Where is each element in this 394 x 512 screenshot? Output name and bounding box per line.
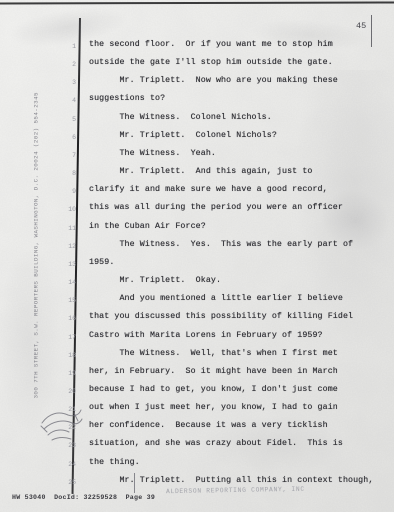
line-text: outside the gate I'll stop him outside t…	[89, 57, 333, 68]
line-text: Mr. Triplett. And this again, just to	[89, 166, 312, 177]
line-text: her confidence. Because it was a very ti…	[89, 420, 328, 431]
transcript-body: 1 the second floor. Or if you want me to…	[0, 39, 394, 493]
transcript-line: 15 And you mentioned a little earlier I …	[0, 293, 394, 311]
line-number: 15	[0, 293, 76, 304]
line-text: her, in February. So it might have been …	[89, 366, 338, 377]
transcript-line: 5 The Witness. Colonel Nichols.	[0, 112, 394, 130]
line-text: And you mentioned a little earlier I bel…	[89, 293, 343, 304]
page-number: 45	[356, 21, 366, 31]
reporting-company-footer: ALDERSON REPORTING COMPANY, INC	[166, 486, 305, 495]
line-text: The Witness. Colonel Nichols.	[89, 112, 272, 123]
line-text: that you discussed this possibility of k…	[89, 311, 353, 322]
line-text: the thing.	[89, 457, 140, 468]
line-text: Mr. Triplett. Okay.	[89, 275, 221, 286]
transcript-line: 6 Mr. Triplett. Colonel Nichols?	[0, 130, 394, 148]
line-text: suggestions to?	[89, 93, 165, 104]
transcript-line: 13 1959.	[0, 257, 394, 275]
line-text: Mr. Triplett. Colonel Nichols?	[89, 130, 277, 141]
transcript-line: 20 because I had to get, you know, I don…	[0, 384, 394, 402]
line-number: 5	[0, 112, 76, 123]
line-number: 16	[0, 311, 76, 322]
line-number: 1	[0, 39, 76, 50]
line-text: 1959.	[89, 257, 114, 268]
transcript-line: 12 The Witness. Yes. This was the early …	[0, 239, 394, 257]
line-text: Castro with Marita Lorens in February of…	[89, 330, 323, 341]
transcript-line: 1 the second floor. Or if you want me to…	[0, 39, 394, 57]
line-number: 12	[0, 239, 76, 250]
transcript-line: 8 Mr. Triplett. And this again, just to	[0, 166, 394, 184]
line-number: 11	[0, 221, 76, 232]
transcript-line: 17 Castro with Marita Lorens in February…	[0, 330, 394, 348]
transcript-line: 11 in the Cuban Air Force?	[0, 221, 394, 239]
line-number: 18	[0, 348, 76, 359]
transcript-line: 21 out when I just meet her, you know, I…	[0, 402, 394, 420]
transcript-line: 7 The Witness. Yeah.	[0, 148, 394, 166]
scanned-transcript-page: 45 300 7TH STREET, S.W. REPORTERS BUILDI…	[0, 0, 394, 512]
line-number: 25	[0, 475, 76, 486]
line-number: 24	[0, 457, 76, 468]
transcript-line: 2 outside the gate I'll stop him outside…	[0, 57, 394, 75]
line-number: 13	[0, 257, 76, 268]
line-text: situation, and she was crazy about Fidel…	[89, 438, 343, 449]
scan-top-edge-line	[0, 1, 394, 4]
archive-stamp: HW 53040 DocId: 32259528 Page 39	[12, 494, 155, 501]
line-number: 8	[0, 166, 76, 177]
line-number: 2	[0, 57, 76, 68]
transcript-line: 4 suggestions to?	[0, 93, 394, 111]
line-text: the second floor. Or if you want me to s…	[89, 39, 333, 50]
transcript-line: 16 that you discussed this possibility o…	[0, 311, 394, 329]
transcript-line: 14 Mr. Triplett. Okay.	[0, 275, 394, 293]
transcript-line: 19 her, in February. So it might have be…	[0, 366, 394, 384]
line-text: The Witness. Yes. This was the early par…	[89, 239, 353, 250]
line-number: 10	[0, 202, 76, 213]
line-number: 9	[0, 184, 76, 195]
transcript-line: 22 her confidence. Because it was a very…	[0, 420, 394, 438]
line-number: 3	[0, 75, 76, 86]
line-number: 14	[0, 275, 76, 286]
transcript-line: 9 clarify it and make sure we have a goo…	[0, 184, 394, 202]
line-text: Mr. Triplett. Now who are you making the…	[89, 75, 338, 86]
line-number: 17	[0, 330, 76, 341]
transcript-line: 10 this was all during the period you we…	[0, 202, 394, 220]
line-text: The Witness. Well, that's when I first m…	[89, 348, 338, 359]
transcript-line: 18 The Witness. Well, that's when I firs…	[0, 348, 394, 366]
line-number: 22	[0, 420, 76, 431]
line-text: this was all during the period you were …	[89, 202, 343, 213]
line-number: 6	[0, 130, 76, 141]
transcript-line: 24 the thing.	[0, 457, 394, 475]
line-text: out when I just meet her, you know, I ha…	[89, 402, 338, 413]
line-text: The Witness. Yeah.	[89, 148, 216, 159]
line-text: because I had to get, you know, I don't …	[89, 384, 338, 395]
transcript-line: 3 Mr. Triplett. Now who are you making t…	[0, 75, 394, 93]
line-number: 20	[0, 384, 76, 395]
line-text: clarify it and make sure we have a good …	[89, 184, 328, 195]
line-number: 21	[0, 402, 76, 413]
line-number: 23	[0, 438, 76, 449]
transcript-line: 23 situation, and she was crazy about Fi…	[0, 438, 394, 456]
line-number: 19	[0, 366, 76, 377]
line-number: 7	[0, 148, 76, 159]
line-text: in the Cuban Air Force?	[89, 221, 206, 232]
line-text: Mr. Triplett. Putting all this in contex…	[89, 475, 373, 486]
line-number: 4	[0, 93, 76, 104]
